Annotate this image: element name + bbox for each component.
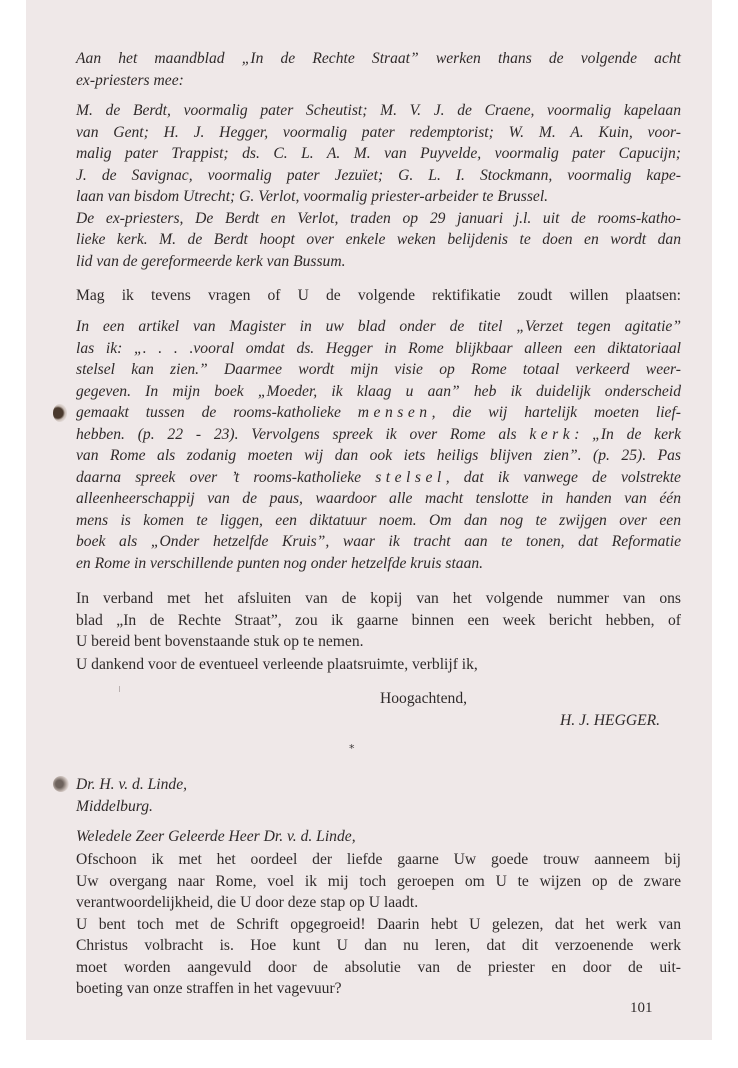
addressee: Dr. H. v. d. Linde,	[76, 774, 681, 796]
text-line: ex-priesters mee:	[76, 70, 681, 92]
text-line: en Rome in verschillende punten nog onde…	[76, 553, 681, 575]
margin-stain-mark	[53, 776, 69, 792]
text-line: Aan het maandblad „In de Rechte Straat” …	[76, 48, 681, 70]
text-line: gegeven. In mijn boek „Moeder, ik klaag …	[76, 381, 681, 403]
text-line: malig pater Trappist; ds. C. L. A. M. va…	[76, 143, 681, 165]
thanks-paragraph: U dankend voor de eventueel verleende pl…	[76, 654, 681, 676]
text-line: lid van de gereformeerde kerk van Bussum…	[76, 251, 681, 273]
text-line: laan van bisdom Utrecht; G. Verlot, voor…	[76, 186, 681, 208]
text-line: Ofschoon ik met het oordeel der liefde g…	[76, 849, 681, 871]
text-line: Mag ik tevens vragen of U de volgende re…	[76, 285, 681, 307]
deadline-paragraph: In verband met het afsluiten van de kopi…	[76, 588, 681, 653]
text-line: U bent toch met de Schrift opgegroeid! D…	[76, 914, 681, 936]
text-segment: , dat ik vanwege de volstrekte	[446, 469, 681, 486]
emphasized-word: stelsel	[375, 469, 445, 486]
text-segment: daarna spreek over ’t rooms-katholieke	[76, 469, 375, 486]
book-page: Aan het maandblad „In de Rechte Straat” …	[26, 0, 712, 1040]
rectification-paragraph: In een artikel van Magister in uw blad o…	[76, 316, 681, 574]
text-line: In verband met het afsluiten van de kopi…	[76, 588, 681, 610]
text-line: van Gent; H. J. Hegger, voormalig pater …	[76, 122, 681, 144]
text-line: De ex-priesters, De Berdt en Verlot, tra…	[76, 208, 681, 230]
text-line: verantwoordelijkheid, die U door deze st…	[76, 892, 681, 914]
text-line: blad „In de Rechte Straat”, zou ik gaarn…	[76, 610, 681, 632]
text-line: hebben. (p. 22 - 23). Vervolgens spreek …	[76, 424, 681, 446]
page-number: 101	[630, 1000, 653, 1017]
text-line: J. de Savignac, voormalig pater Jezuïet;…	[76, 165, 681, 187]
text-segment: gemaakt tussen de rooms-katholieke	[76, 404, 358, 421]
letter-address: Dr. H. v. d. Linde, Middelburg.	[76, 774, 681, 817]
letter-body: Ofschoon ik met het oordeel der liefde g…	[76, 849, 681, 1000]
text-line: Uw overgang naar Rome, voel ik mij toch …	[76, 871, 681, 893]
text-line: Christus volbracht is. Hoe kunt U dan nu…	[76, 935, 681, 957]
text-line: las ik: „. . . .vooral omdat ds. Hegger …	[76, 338, 681, 360]
text-line: M. de Berdt, voormalig pater Scheutist; …	[76, 100, 681, 122]
margin-stain-mark	[53, 404, 67, 422]
text-line: U dankend voor de eventueel verleende pl…	[76, 654, 681, 676]
city: Middelburg.	[76, 796, 681, 818]
text-line: daarna spreek over ’t rooms-katholieke s…	[76, 467, 681, 489]
signature: H. J. HEGGER.	[560, 712, 660, 730]
text-line: mens is komen te liggen, een diktatuur n…	[76, 510, 681, 532]
margin-tick-mark	[119, 686, 120, 692]
members-paragraph: M. de Berdt, voormalig pater Scheutist; …	[76, 100, 681, 272]
text-line: van Rome als zodanig moeten wij dan ook …	[76, 445, 681, 467]
section-separator-star: *	[349, 742, 355, 755]
text-segment: , die wij hartelijk moeten lief-	[432, 404, 681, 421]
request-paragraph: Mag ik tevens vragen of U de volgende re…	[76, 285, 681, 307]
text-segment: : „In de kerk	[574, 426, 681, 443]
text-line: boek als „Onder hetzelfde Kruis”, waar i…	[76, 531, 681, 553]
text-line: moet worden aangevuld door de absolutie …	[76, 957, 681, 979]
text-line: lieke kerk. M. de Berdt hoopt over enkel…	[76, 229, 681, 251]
emphasized-word: kerk	[529, 426, 574, 443]
greeting: Weledele Zeer Geleerde Heer Dr. v. d. Li…	[76, 826, 681, 848]
letter-greeting: Weledele Zeer Geleerde Heer Dr. v. d. Li…	[76, 826, 681, 848]
text-line: boeting van onze straffen in het vagevuu…	[76, 978, 681, 1000]
closing-salutation: Hoogachtend,	[380, 690, 467, 708]
text-line: In een artikel van Magister in uw blad o…	[76, 316, 681, 338]
text-segment: hebben. (p. 22 - 23). Vervolgens spreek …	[76, 426, 529, 443]
emphasized-word: mensen	[358, 404, 432, 421]
text-line: gemaakt tussen de rooms-katholieke mense…	[76, 402, 681, 424]
intro-paragraph: Aan het maandblad „In de Rechte Straat” …	[76, 48, 681, 91]
text-line: alleenheerschappij van de paus, waardoor…	[76, 488, 681, 510]
text-line: U bereid bent bovenstaande stuk op te ne…	[76, 631, 681, 653]
text-line: stelsel kan zien.” Daarmee wordt mijn vi…	[76, 359, 681, 381]
